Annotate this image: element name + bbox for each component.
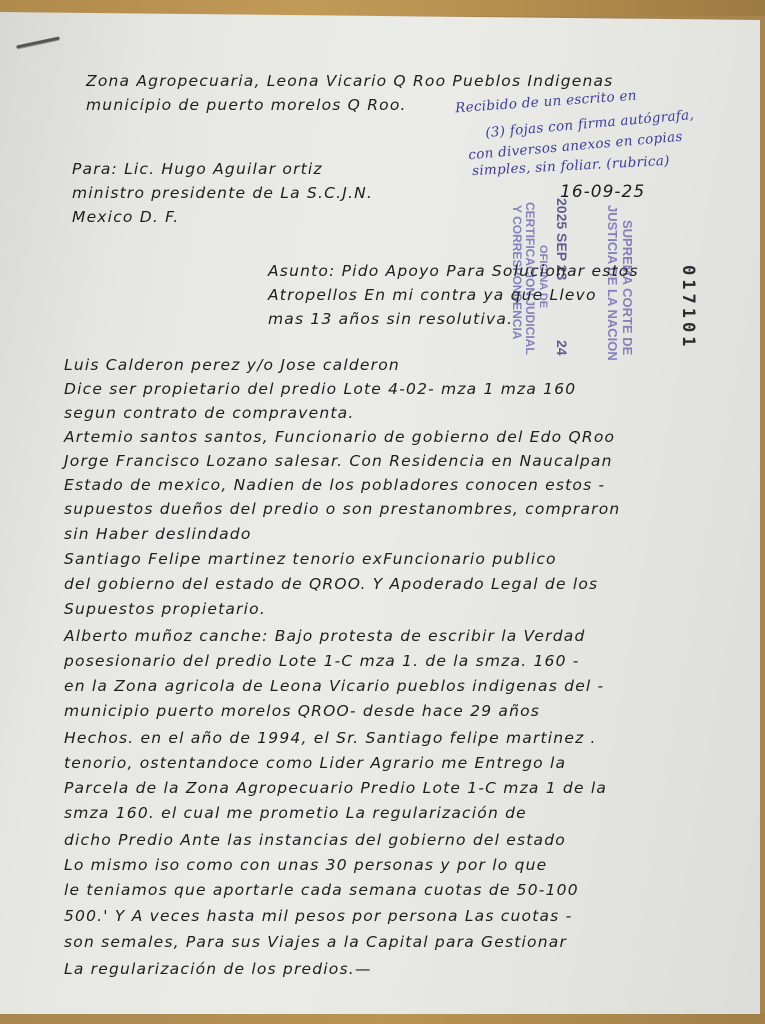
subject-line-2: Atropellos En mi contra ya que Llevo — [268, 286, 597, 304]
body-line: Santiago Felipe martinez tenorio exFunci… — [64, 550, 557, 568]
handwritten-date: 16-09-25 — [560, 182, 645, 202]
body-line: son semales, Para sus Viajes a la Capita… — [64, 933, 567, 951]
staple-icon — [16, 36, 60, 48]
subject-line-3: mas 13 años sin resolutiva. — [268, 310, 513, 328]
addressee-line-1: Para: Lic. Hugo Aguilar ortiz — [72, 160, 323, 178]
body-line: Supuestos propietario. — [64, 600, 266, 618]
receipt-note-line-1: Recibido de un escrito en — [455, 88, 638, 117]
body-line: Alberto muñoz canche: Bajo protesta de e… — [64, 627, 586, 645]
body-line: Hechos. en el año de 1994, el Sr. Santia… — [64, 729, 597, 747]
header-line-2: municipio de puerto morelos Q Roo. — [86, 96, 407, 114]
body-line: Estado de mexico, Nadien de los poblador… — [64, 476, 605, 494]
addressee-line-2: ministro presidente de La S.C.J.N. — [72, 184, 373, 202]
body-line: smza 160. el cual me prometio La regular… — [64, 804, 527, 822]
subject-line-1: Asunto: Pido Apoyo Para Solucionar estos — [268, 262, 639, 280]
body-line: Parcela de la Zona Agropecuario Predio L… — [64, 779, 607, 797]
body-line: supuestos dueños del predio o son presta… — [64, 500, 620, 518]
body-line: tenorio, ostentandoce como Lider Agrario… — [64, 754, 566, 772]
body-line: sin Haber deslindado — [64, 525, 252, 543]
body-line: 500.' Y A veces hasta mil pesos por pers… — [64, 907, 572, 925]
header-line-1: Zona Agropecuaria, Leona Vicario Q Roo P… — [86, 72, 613, 90]
addressee-line-3: Mexico D. F. — [72, 208, 179, 226]
body-line: Dice ser propietario del predio Lote 4-0… — [64, 380, 576, 398]
stamp-institution-line-2: JUSTICIA DE LA NACION — [605, 205, 619, 361]
body-line: Lo mismo iso como con unas 30 personas y… — [64, 856, 547, 874]
body-line: Luis Calderon perez y/o Jose calderon — [64, 356, 400, 374]
stamp-folio-number: 017101 — [678, 265, 698, 350]
body-line: le teniamos que aportarle cada semana cu… — [64, 881, 579, 899]
body-line: Jorge Francisco Lozano salesar. Con Resi… — [64, 452, 613, 470]
paper-sheet: Zona Agropecuaria, Leona Vicario Q Roo P… — [0, 10, 760, 1016]
body-line: posesionario del predio Lote 1-C mza 1. … — [64, 652, 580, 670]
stamp-time: 24 — [554, 340, 570, 356]
body-line: en la Zona agricola de Leona Vicario pue… — [64, 677, 604, 695]
stamp-institution-line-1: SUPREMA CORTE DE — [620, 220, 634, 355]
body-line: dicho Predio Ante las instancias del gob… — [64, 831, 566, 849]
body-line: Artemio santos santos, Funcionario de go… — [64, 428, 615, 446]
body-line: municipio puerto morelos QROO- desde hac… — [64, 702, 540, 720]
wooden-surface-bottom — [0, 1014, 765, 1024]
body-line: segun contrato de compraventa. — [64, 404, 354, 422]
body-line: La regularización de los predios.— — [64, 960, 372, 978]
body-line: del gobierno del estado de QROO. Y Apode… — [64, 575, 598, 593]
